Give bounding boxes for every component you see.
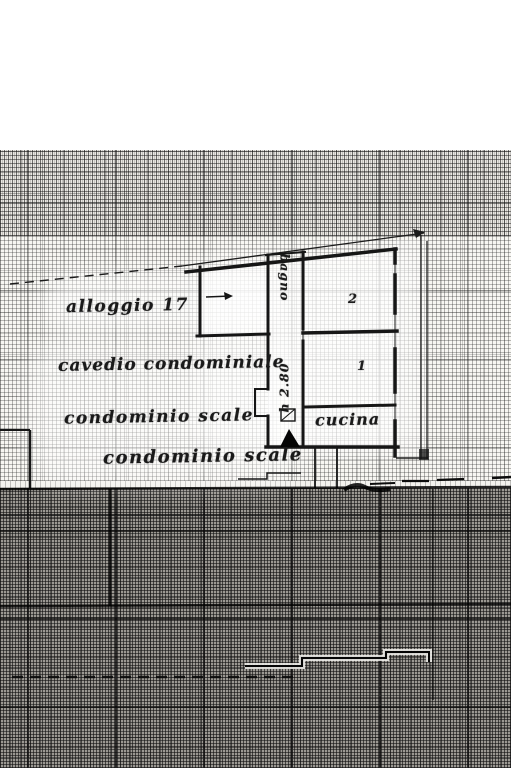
label-condominio-scale-1: condominio scale <box>64 405 254 428</box>
label-cucina: cucina <box>315 409 381 429</box>
label-height-note: h 2.80 <box>264 354 304 420</box>
balcony-scan-blot <box>419 449 429 460</box>
dashed-boundary-line <box>10 266 182 284</box>
floor-plan-drawing <box>0 0 511 768</box>
label-bagno: bagno <box>266 250 304 304</box>
label-room-2: 2 <box>348 292 357 307</box>
lower-floor-outline <box>0 485 511 700</box>
label-height-text: h 2.80 <box>277 362 292 412</box>
label-condominio-scale-2: condominio scale <box>103 444 303 468</box>
label-cavedio-condominiale: cavedio condominiale <box>58 352 285 376</box>
label-alloggio-17: alloggio 17 <box>66 295 189 317</box>
label-room-1: 1 <box>357 359 366 374</box>
scan-dash-marks <box>370 477 511 484</box>
label-bagno-text: bagno <box>278 253 293 301</box>
